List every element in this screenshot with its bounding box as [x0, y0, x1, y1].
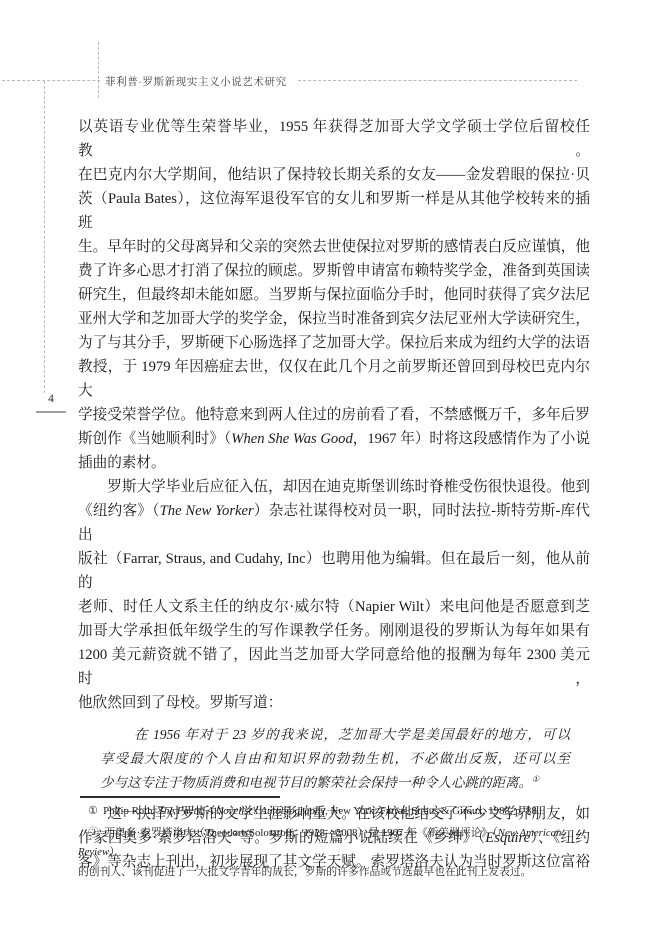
text-segment: ① Philip Roth, — [88, 805, 158, 817]
paragraph-1: 以英语专业优等生荣誉毕业，1955 年获得芝加哥大学文学硕士学位后留校任教。在巴… — [78, 115, 590, 475]
text-segment: 费了许多心思才打消了保拉的顾虑。罗斯曾申请富布赖特奖学金，准备到英国读 — [78, 263, 590, 279]
text-line: 以英语专业优等生荣誉毕业，1955 年获得芝加哥大学文学硕士学位后留校任教。 — [78, 115, 590, 163]
text-segment: 版社（Farrar, Straus, and Cudahy, Inc）也聘用他为… — [78, 551, 590, 591]
text-segment: 老师、时任人文系主任的纳皮尔·威尔特（Napier Wilt）来电问他是否愿意到… — [78, 599, 590, 615]
footnote-1: ① Philip Roth, The Facts: A Novelist’s A… — [78, 802, 604, 822]
text-segment: ② 西奥多·索罗塔洛夫（Theodore Solotaroff，1928—200… — [88, 827, 498, 839]
text-segment: When She Was Good — [231, 431, 352, 447]
text-line: 1200 美元薪资就不错了，因此当芝加哥大学同意给他的报酬为每年 2300 美元… — [78, 643, 590, 691]
text-segment: 插曲的素材。 — [78, 455, 166, 471]
text-line: 插曲的素材。 — [78, 451, 590, 475]
text-segment: 在 1956 年对于 23 岁的我来说，芝加哥大学是美国最好的地方，可以 — [134, 727, 570, 742]
text-segment: 为了与其分手，罗斯硬下心肠选择了芝加哥大学。保拉后来成为纽约大学的法语 — [78, 335, 590, 351]
text-line: ① Philip Roth, The Facts: A Novelist’s A… — [78, 802, 604, 822]
text-segment: 茨（Paula Bates），这位海军退役军官的女儿和罗斯一样是从其他学校转来的… — [78, 191, 590, 231]
text-line: 老师、时任人文系主任的纳皮尔·威尔特（Napier Wilt）来电问他是否愿意到… — [78, 595, 590, 619]
text-segment: 在巴克内尔大学期间，他结识了保持较长期关系的女友——金发碧眼的保拉·贝 — [78, 167, 590, 183]
running-header-title: 菲利普·罗斯新现实主义小说艺术研究 — [100, 72, 296, 91]
text-line: 斯创作《当她顺利时》（When She Was Good，1967 年）时将这段… — [78, 427, 590, 451]
footnotes-block: ① Philip Roth, The Facts: A Novelist’s A… — [78, 802, 604, 884]
text-segment: 学接受荣誉学位。他特意来到两人住过的房前看了看，不禁感慨万千，多年后罗 — [78, 407, 590, 423]
text-segment: 斯创作《当她顺利时》（ — [78, 431, 231, 447]
text-segment: 加哥大学承担低年级学生的写作课教学任务。刚刚退役的罗斯认为每年如果有 — [78, 623, 590, 639]
text-segment: The Facts: A Novelist’s Autobiography — [158, 805, 325, 817]
text-segment: 的创刊人、该刊促进了一大批文学青年的成长，罗斯的许多作品或节选最早也在此刊上发表… — [78, 866, 531, 878]
text-line: 研究生，但最终却未能如愿。当罗斯与保拉面临分手时，他同时获得了宾夕法尼 — [78, 283, 590, 307]
text-line: ② 西奥多·索罗塔洛夫（Theodore Solotaroff，1928—200… — [78, 824, 604, 863]
text-segment: ） — [109, 846, 120, 858]
body-text: 以英语专业优等生荣誉毕业，1955 年获得芝加哥大学文学硕士学位后留校任教。在巴… — [78, 115, 590, 874]
text-line: 茨（Paula Bates），这位海军退役军官的女儿和罗斯一样是从其他学校转来的… — [78, 187, 590, 235]
text-line: 生。早年时的父母离异和父亲的突然去世使保拉对罗斯的感情表白反应谨慎，他 — [78, 235, 590, 259]
text-segment: 以英语专业优等生荣誉毕业，1955 年获得芝加哥大学文学硕士学位后留校任教。 — [78, 119, 590, 159]
text-line: 教授，于 1979 年因癌症去世，仅仅在此几个月之前罗斯还曾回到母校巴克内尔大 — [78, 355, 590, 403]
text-line: 少与这专注于物质消费和电视节目的繁荣社会保持一种令人心跳的距离。① — [100, 771, 570, 795]
text-line: 为了与其分手，罗斯硬下心肠选择了芝加哥大学。保拉后来成为纽约大学的法语 — [78, 331, 590, 355]
text-line: 他欣然回到了母校。罗斯写道： — [78, 691, 590, 715]
text-line: 版社（Farrar, Straus, and Cudahy, Inc）也聘用他为… — [78, 547, 590, 595]
text-line: 亚州大学和芝加哥大学的奖学金，保拉当时准备到宾夕法尼亚州大学读研究生， — [78, 307, 590, 331]
text-segment: The New Yorker — [160, 503, 254, 519]
text-segment: 研究生，但最终却未能如愿。当罗斯与保拉面临分手时，他同时获得了宾夕法尼 — [78, 287, 590, 303]
text-segment: 罗斯大学毕业后应征入伍，却因在迪克斯堡训练时脊椎受伤很快退役。他到 — [107, 479, 590, 495]
page-number: 4 — [36, 393, 66, 405]
page-number-rule — [36, 411, 66, 413]
text-segment: 1200 美元薪资就不错了，因此当芝加哥大学同意给他的报酬为每年 2300 美元… — [78, 647, 590, 687]
text-segment: 少与这专注于物质消费和电视节目的繁荣社会保持一种令人心跳的距离。 — [100, 775, 532, 790]
block-quote: 在 1956 年对于 23 岁的我来说，芝加哥大学是美国最好的地方，可以享受最大… — [100, 723, 570, 795]
text-segment: 教授，于 1979 年因癌症去世，仅仅在此几个月之前罗斯还曾回到母校巴克内尔大 — [78, 359, 590, 399]
text-segment: 《纽约客》（ — [78, 503, 160, 519]
text-line: 学接受荣誉学位。他特意来到两人住过的房前看了看，不禁感慨万千，多年后罗 — [78, 403, 590, 427]
text-line: 在巴克内尔大学期间，他结识了保持较长期关系的女友——金发碧眼的保拉·贝 — [78, 163, 590, 187]
text-segment: ，1967 年）时将这段感情作为了小说 — [353, 431, 590, 447]
margin-dashed-rule — [44, 81, 45, 393]
book-page: 菲利普·罗斯新现实主义小说艺术研究 4 以英语专业优等生荣誉毕业，1955 年获… — [0, 0, 661, 925]
text-segment: , New York: Farrar, Straus & Giroux, 198… — [325, 805, 539, 817]
text-line: 加哥大学承担低年级学生的写作课教学任务。刚刚退役的罗斯认为每年如果有 — [78, 619, 590, 643]
text-segment: 享受最大限度的个人自由和知识界的勃勃生机，不必做出反叛，还可以至 — [100, 751, 570, 766]
text-segment: 生。早年时的父母离异和父亲的突然去世使保拉对罗斯的感情表白反应谨慎，他 — [78, 239, 590, 255]
text-line: 罗斯大学毕业后应征入伍，却因在迪克斯堡训练时脊椎受伤很快退役。他到 — [78, 475, 590, 499]
text-segment: 亚州大学和芝加哥大学的奖学金，保拉当时准备到宾夕法尼亚州大学读研究生， — [78, 311, 590, 327]
text-line: 费了许多心思才打消了保拉的顾虑。罗斯曾申请富布赖特奖学金，准备到英国读 — [78, 259, 590, 283]
text-segment: 他欣然回到了母校。罗斯写道： — [78, 695, 282, 711]
text-line: 《纽约客》（The New Yorker）杂志社谋得校对员一职，同时法拉-斯特劳… — [78, 499, 590, 547]
header-tick-rule — [98, 42, 99, 98]
footnote-separator — [80, 796, 280, 798]
footnote-marker: ① — [532, 775, 539, 784]
text-line: 享受最大限度的个人自由和知识界的勃勃生机，不必做出反叛，还可以至 — [100, 747, 570, 771]
paragraph-2: 罗斯大学毕业后应征入伍，却因在迪克斯堡训练时脊椎受伤很快退役。他到《纽约客》（T… — [78, 475, 590, 715]
text-line: 在 1956 年对于 23 岁的我来说，芝加哥大学是美国最好的地方，可以 — [100, 723, 570, 747]
footnote-2: ② 西奥多·索罗塔洛夫（Theodore Solotaroff，1928—200… — [78, 824, 604, 883]
text-line: 的创刊人、该刊促进了一大批文学青年的成长，罗斯的许多作品或节选最早也在此刊上发表… — [78, 863, 604, 883]
